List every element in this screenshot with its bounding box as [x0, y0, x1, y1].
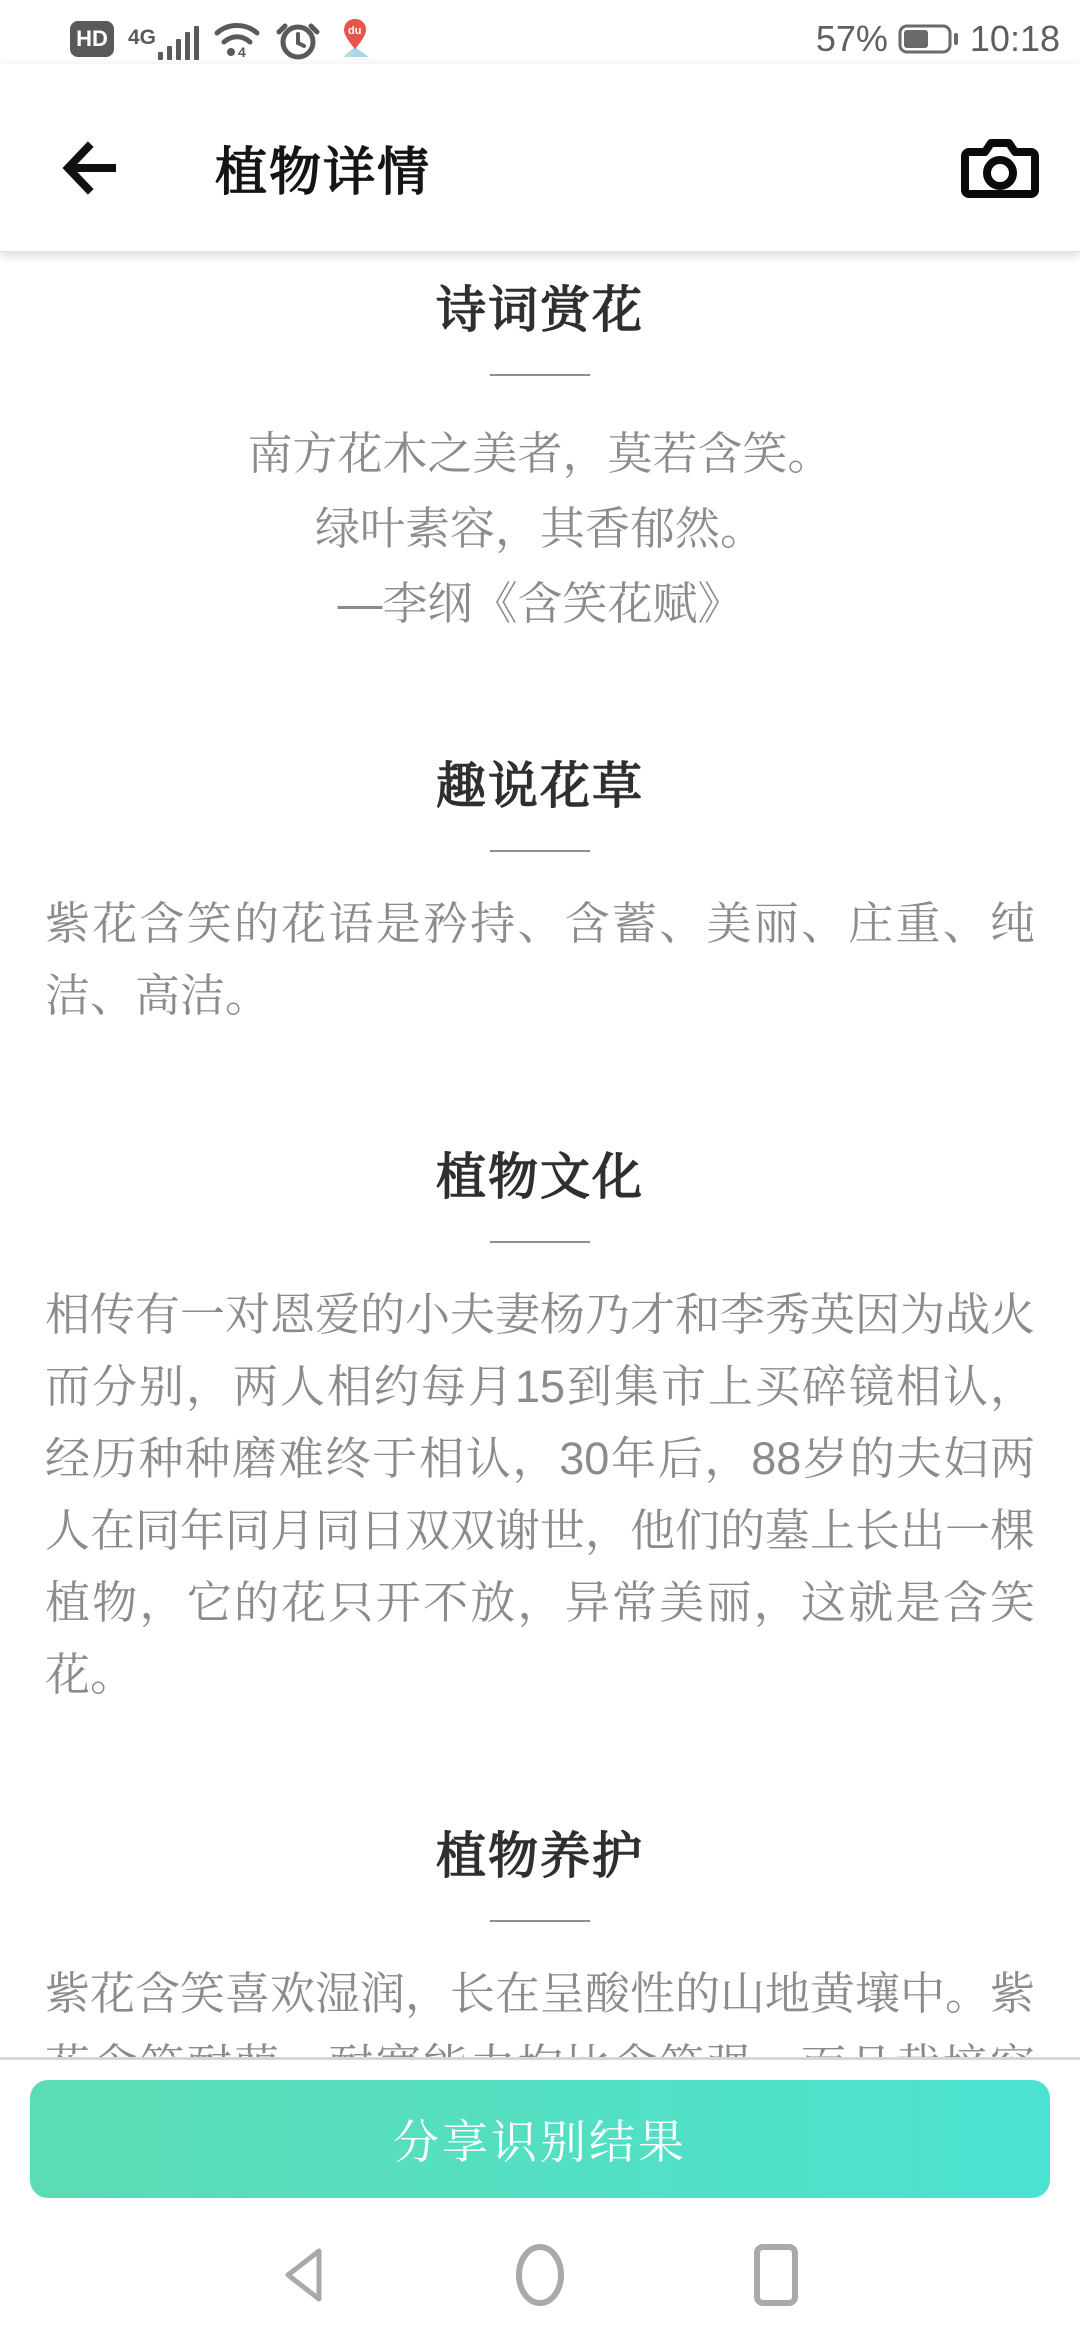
svg-text:du: du [348, 25, 361, 37]
nav-back-icon [279, 2244, 329, 2306]
section-divider [490, 374, 590, 376]
signal-4g-icon: 4G [128, 26, 199, 60]
back-arrow-icon [60, 141, 118, 195]
section-title-fun-facts: 趣说花草 [0, 756, 1080, 816]
network-type-label: 4G [128, 26, 156, 50]
camera-button[interactable] [960, 133, 1040, 203]
wifi-icon: 4 [213, 19, 261, 59]
section-care: 植物养护 紫花含笑喜欢湿润，长在呈酸性的山地黄壤中。紫花含笑耐荫、耐寒能力均比含… [0, 1826, 1080, 2057]
nav-back-button[interactable] [274, 2242, 334, 2308]
section-title-poetry: 诗词赏花 [0, 280, 1080, 340]
poem-text: 南方花木之美者，莫若含笑。 绿叶素容，其香郁然。 —李纲《含笑花赋》 [0, 416, 1080, 641]
nav-recents-button[interactable] [746, 2242, 806, 2308]
app-bar: 植物详情 [0, 64, 1080, 252]
poem-line-2: 绿叶素容，其香郁然。 [0, 491, 1080, 566]
svg-text:4: 4 [238, 44, 246, 59]
status-right: 57% 10:18 [816, 18, 1060, 60]
nav-home-icon [513, 2243, 567, 2307]
nav-recents-icon [752, 2243, 800, 2307]
share-result-button[interactable]: 分享识别结果 [30, 2080, 1050, 2198]
care-paragraph: 紫花含笑喜欢湿润，长在呈酸性的山地黄壤中。紫花含笑耐荫、耐寒能力均比含笑强，而且… [0, 1958, 1080, 2057]
page-title: 植物详情 [215, 130, 431, 205]
section-fun-facts: 趣说花草 紫花含笑的花语是矜持、含蓄、美丽、庄重、纯洁、高洁。 [0, 756, 1080, 1032]
section-culture: 植物文化 相传有一对恩爱的小夫妻杨乃才和李秀英因为战火而分别，两人相约每月15到… [0, 1147, 1080, 1711]
poem-line-1: 南方花木之美者，莫若含笑。 [0, 416, 1080, 491]
fun-facts-paragraph: 紫花含笑的花语是矜持、含蓄、美丽、庄重、纯洁、高洁。 [0, 888, 1080, 1032]
section-poetry: 诗词赏花 南方花木之美者，莫若含笑。 绿叶素容，其香郁然。 —李纲《含笑花赋》 [0, 280, 1080, 641]
section-divider [490, 1920, 590, 1922]
system-nav-bar [0, 2210, 1080, 2340]
alarm-icon [275, 17, 321, 61]
back-button[interactable] [60, 133, 130, 203]
bottom-action-bar: 分享识别结果 [0, 2057, 1080, 2210]
poem-attribution: —李纲《含笑花赋》 [0, 566, 1080, 641]
section-title-care: 植物养护 [0, 1826, 1080, 1886]
culture-paragraph: 相传有一对恩爱的小夫妻杨乃才和李秀英因为战火而分别，两人相约每月15到集市上买碎… [0, 1279, 1080, 1711]
section-title-culture: 植物文化 [0, 1147, 1080, 1207]
phone-screen: HD 4G 4 [0, 0, 1080, 2340]
battery-percent-label: 57% [816, 18, 888, 60]
status-bar: HD 4G 4 [0, 0, 1080, 64]
status-left-icons: HD 4G 4 [70, 18, 375, 60]
section-divider [490, 1241, 590, 1243]
clock-label: 10:18 [970, 18, 1060, 60]
nav-home-button[interactable] [510, 2242, 570, 2308]
hd-badge: HD [70, 21, 114, 57]
battery-icon [898, 23, 960, 55]
battery-fill [904, 30, 928, 48]
plant-detail-content: 诗词赏花 南方花木之美者，莫若含笑。 绿叶素容，其香郁然。 —李纲《含笑花赋》 … [0, 252, 1080, 2057]
section-divider [490, 850, 590, 852]
camera-icon [961, 136, 1039, 200]
location-pin-icon: du [335, 17, 375, 61]
